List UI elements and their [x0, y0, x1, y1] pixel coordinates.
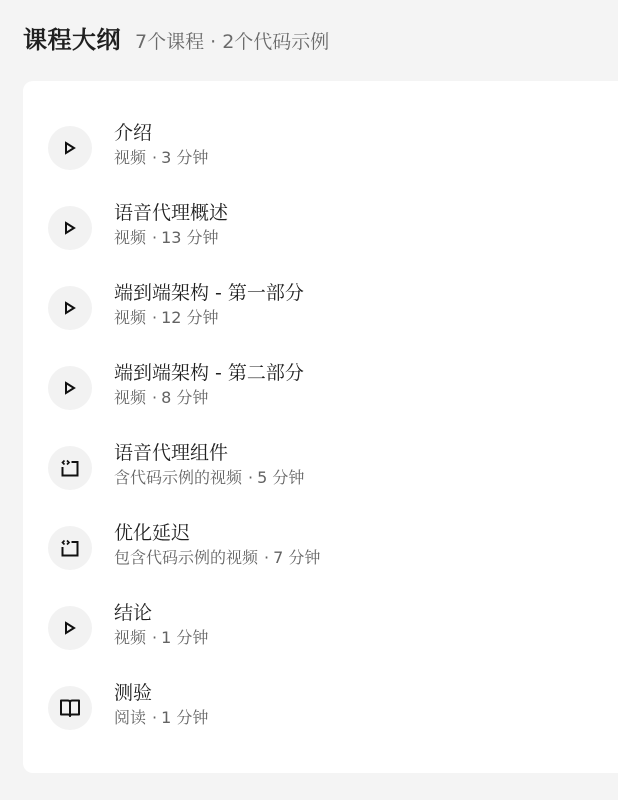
- lesson-list: 介绍 视频·3 分钟 语音代理概述 视频·13 分钟 端到端架构 - 第一部分 …: [23, 108, 618, 748]
- lesson-meta: 视频·3 分钟: [114, 146, 208, 170]
- separator: ·: [152, 228, 157, 247]
- course-summary: 7个课程 · 2个代码示例: [135, 27, 329, 54]
- lesson-duration: 3 分钟: [161, 148, 208, 167]
- lesson-title: 语音代理概述: [114, 200, 228, 226]
- lesson-title: 语音代理组件: [114, 440, 304, 466]
- lesson-title: 结论: [114, 600, 208, 626]
- lesson-title: 端到端架构 - 第一部分: [114, 280, 304, 306]
- separator: ·: [152, 308, 157, 327]
- lesson-duration: 13 分钟: [161, 228, 218, 247]
- code-example-icon: [48, 446, 92, 490]
- separator: ·: [152, 388, 157, 407]
- lesson-title: 介绍: [114, 120, 208, 146]
- lesson-meta: 阅读·1 分钟: [114, 706, 208, 730]
- lesson-item[interactable]: 测验 阅读·1 分钟: [23, 668, 618, 748]
- book-icon: [48, 686, 92, 730]
- lesson-type: 包含代码示例的视频: [114, 548, 258, 567]
- lesson-item[interactable]: 介绍 视频·3 分钟: [23, 108, 618, 188]
- lesson-type: 视频: [114, 308, 146, 327]
- separator: ·: [152, 148, 157, 167]
- lesson-item[interactable]: 端到端架构 - 第一部分 视频·12 分钟: [23, 268, 618, 348]
- lesson-type: 含代码示例的视频: [114, 468, 242, 487]
- lesson-item[interactable]: 语音代理概述 视频·13 分钟: [23, 188, 618, 268]
- lesson-type: 视频: [114, 148, 146, 167]
- lesson-meta: 视频·12 分钟: [114, 306, 304, 330]
- page-title: 课程大纲: [23, 20, 121, 55]
- lesson-title: 测验: [114, 680, 208, 706]
- code-example-icon: [48, 526, 92, 570]
- lesson-title: 优化延迟: [114, 520, 320, 546]
- lesson-type: 视频: [114, 388, 146, 407]
- lesson-duration: 8 分钟: [161, 388, 208, 407]
- lesson-duration: 1 分钟: [161, 628, 208, 647]
- lesson-meta: 视频·13 分钟: [114, 226, 228, 250]
- lesson-duration: 7 分钟: [273, 548, 320, 567]
- lesson-item[interactable]: 语音代理组件 含代码示例的视频·5 分钟: [23, 428, 618, 508]
- lesson-title: 端到端架构 - 第二部分: [114, 360, 304, 386]
- lesson-type: 阅读: [114, 708, 146, 727]
- lesson-type: 视频: [114, 228, 146, 247]
- lesson-meta: 包含代码示例的视频·7 分钟: [114, 546, 320, 570]
- lesson-duration: 5 分钟: [257, 468, 304, 487]
- play-icon: [48, 286, 92, 330]
- lesson-item[interactable]: 端到端架构 - 第二部分 视频·8 分钟: [23, 348, 618, 428]
- lesson-duration: 12 分钟: [161, 308, 218, 327]
- lesson-item[interactable]: 结论 视频·1 分钟: [23, 588, 618, 668]
- separator: ·: [248, 468, 253, 487]
- lesson-duration: 1 分钟: [161, 708, 208, 727]
- lesson-meta: 含代码示例的视频·5 分钟: [114, 466, 304, 490]
- play-icon: [48, 606, 92, 650]
- lesson-type: 视频: [114, 628, 146, 647]
- separator: ·: [152, 708, 157, 727]
- page-header: 课程大纲 7个课程 · 2个代码示例: [23, 20, 329, 55]
- lesson-item[interactable]: 优化延迟 包含代码示例的视频·7 分钟: [23, 508, 618, 588]
- play-icon: [48, 126, 92, 170]
- lesson-meta: 视频·8 分钟: [114, 386, 304, 410]
- separator: ·: [152, 628, 157, 647]
- play-icon: [48, 366, 92, 410]
- syllabus-card: 介绍 视频·3 分钟 语音代理概述 视频·13 分钟 端到端架构 - 第一部分 …: [23, 81, 618, 773]
- lesson-meta: 视频·1 分钟: [114, 626, 208, 650]
- separator: ·: [264, 548, 269, 567]
- play-icon: [48, 206, 92, 250]
